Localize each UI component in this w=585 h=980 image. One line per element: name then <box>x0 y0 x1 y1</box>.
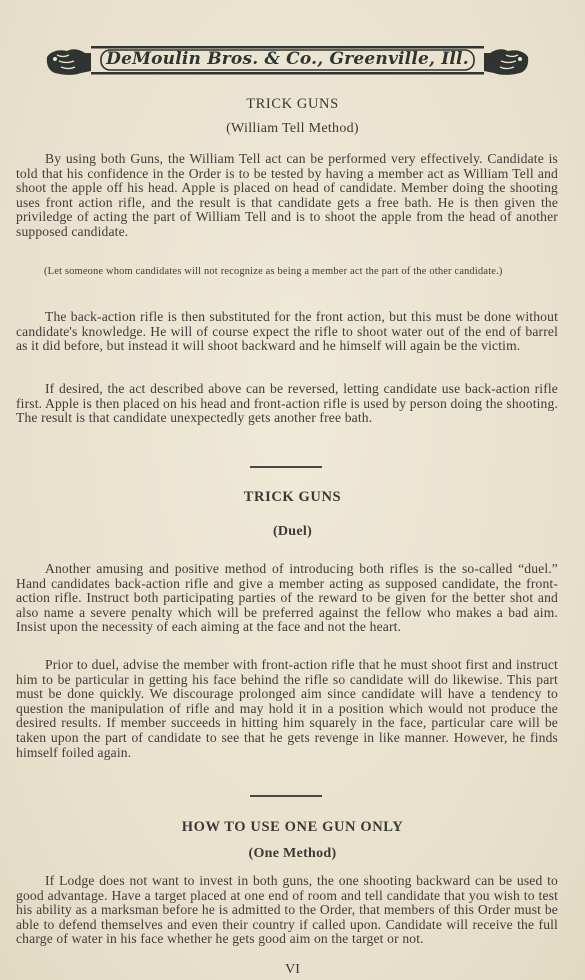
section-1-paragraph-1: By using both Guns, the William Tell act… <box>16 152 558 240</box>
publisher-banner: DeMoulin Bros. & Co., Greenville, Ill. <box>45 43 530 77</box>
section-3-title: HOW TO USE ONE GUN ONLY <box>0 819 585 836</box>
document-page: DeMoulin Bros. & Co., Greenville, Ill. T… <box>0 0 585 980</box>
section-1-subtitle: (William Tell Method) <box>0 121 585 137</box>
section-2-paragraph-2: Prior to duel, advise the member with fr… <box>16 658 558 760</box>
section-3-paragraph-1: If Lodge does not want to invest in both… <box>16 874 558 947</box>
section-2-paragraph-1: Another amusing and positive method of i… <box>16 562 558 635</box>
section-1-paragraph-2: The back-action rifle is then substitute… <box>16 310 558 354</box>
publisher-name: DeMoulin Bros. & Co., Greenville, Ill. <box>45 49 530 69</box>
section-1-note: (Let someone whom candidates will not re… <box>15 266 558 279</box>
section-divider <box>250 795 322 797</box>
section-3-subtitle: (One Method) <box>0 846 585 862</box>
page-number: VI <box>0 962 585 978</box>
section-2-title: TRICK GUNS <box>0 489 585 506</box>
section-2-subtitle: (Duel) <box>0 524 585 540</box>
section-1-title: TRICK GUNS <box>0 96 585 113</box>
section-1-paragraph-3: If desired, the act described above can … <box>16 382 558 426</box>
section-divider <box>250 466 322 468</box>
